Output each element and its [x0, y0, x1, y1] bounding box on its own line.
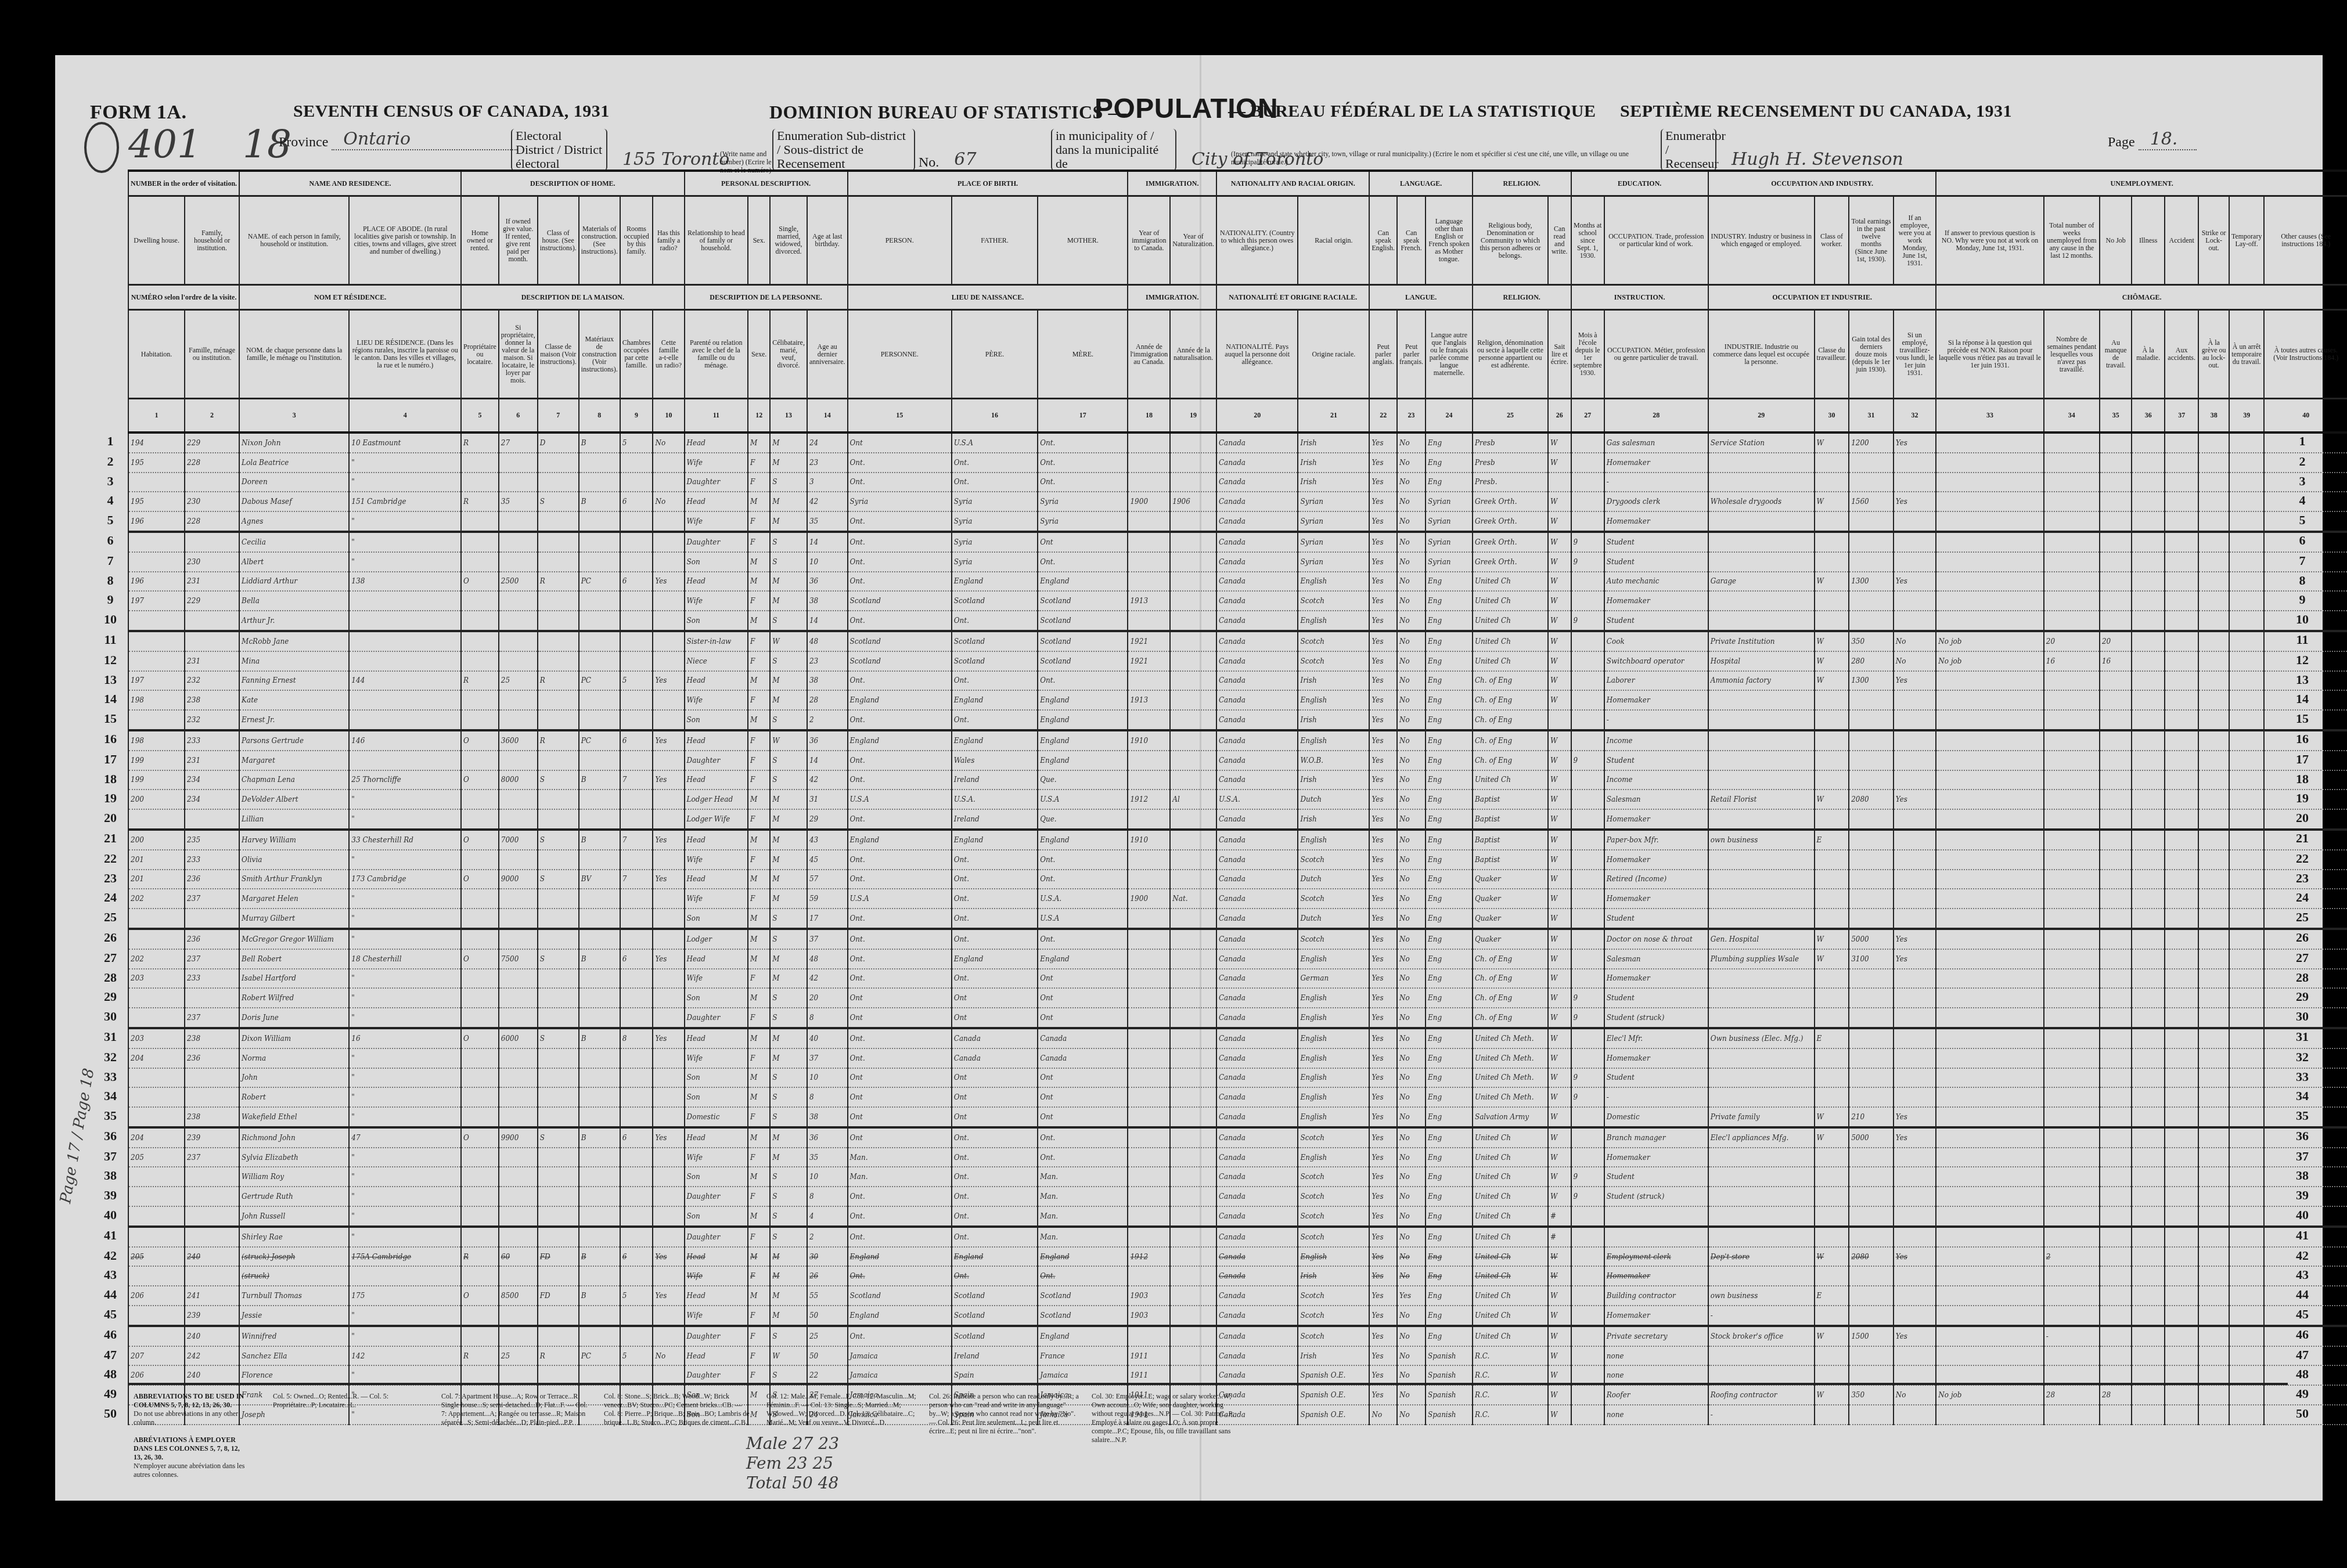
cell-rooms: 5 — [620, 1346, 653, 1366]
cell-nojob — [2100, 432, 2132, 453]
cell-lay — [2229, 671, 2264, 691]
cell-ill — [2132, 1127, 2164, 1148]
column-number: 33 — [1936, 399, 2043, 433]
cell-val — [499, 790, 538, 809]
cell-rooms — [620, 1206, 653, 1227]
line-number: 49 — [2291, 1386, 2314, 1401]
cell-own — [461, 909, 499, 929]
cell-bp: Ont. — [848, 671, 952, 691]
cell-d: 196 — [128, 572, 185, 592]
cell-imm — [1128, 770, 1170, 790]
cell-why — [1936, 1028, 2043, 1048]
cell-radio — [653, 591, 684, 611]
column-header-32: If an employee, were you at work Monday,… — [1894, 196, 1936, 285]
cell-race: English — [1298, 949, 1369, 969]
cell-eng: Yes — [1369, 1346, 1397, 1366]
cell-abode: " — [349, 473, 461, 492]
column-number: 29 — [1708, 399, 1815, 433]
cell-rel: Wife — [685, 1148, 748, 1167]
cell-bpf: U.S.A — [952, 432, 1038, 453]
cell-ind — [1708, 870, 1815, 889]
cell-relig: Ch. of Eng — [1473, 988, 1548, 1008]
cell-wks — [2044, 1107, 2100, 1127]
cell-strike — [2198, 909, 2229, 929]
cell-name: Doreen — [239, 473, 349, 492]
cell-nat: Canada — [1216, 572, 1298, 592]
cell-earn: 1560 — [1849, 492, 1894, 511]
cell-rooms — [620, 611, 653, 631]
cell-occ: Homemaker — [1604, 1048, 1708, 1068]
cell-abode: " — [349, 1167, 461, 1187]
cell-bpm: England — [1038, 1247, 1128, 1267]
cell-ms: M — [770, 790, 807, 809]
cell-bpm: Canada — [1038, 1048, 1128, 1068]
line-number: 21 — [2291, 831, 2314, 846]
cell-sex: F — [748, 1148, 770, 1167]
cell-ind — [1708, 1206, 1815, 1227]
cell-bp: Ont. — [848, 532, 952, 552]
cell-imm — [1128, 1167, 1170, 1187]
column-number: 19 — [1170, 399, 1216, 433]
cell-fr: No — [1397, 473, 1426, 492]
cell-why — [1936, 909, 2043, 929]
cell-fr: No — [1397, 611, 1426, 631]
cell-sex: F — [748, 1326, 770, 1346]
cell-ill — [2132, 949, 2164, 969]
cell-ms: M — [770, 1286, 807, 1306]
cell-relig: United Ch Meth. — [1473, 1068, 1548, 1088]
column-header-fr-40: À toutes autres causes. (Voir Instructio… — [2264, 310, 2347, 399]
cell-work — [1894, 473, 1936, 492]
cell-rw: W — [1548, 1068, 1571, 1088]
cell-occ: - — [1604, 473, 1708, 492]
cell-rw: W — [1548, 770, 1571, 790]
cell-nat_yr — [1170, 988, 1216, 1008]
column-header-37: Accident — [2165, 196, 2199, 285]
cell-bpm: Que. — [1038, 809, 1128, 830]
line-number: 9 — [99, 592, 122, 607]
cell-sex: M — [748, 1167, 770, 1187]
column-header-fr-31: Gain total des derniers douze mois (depu… — [1849, 310, 1894, 399]
column-header-17: MOTHER. — [1038, 196, 1128, 285]
cell-acc — [2165, 1127, 2199, 1148]
cell-earn — [1849, 809, 1894, 830]
cell-cls — [538, 651, 579, 671]
cell-d: 197 — [128, 671, 185, 691]
cell-nat_yr — [1170, 1087, 1216, 1107]
cell-rw: # — [1548, 1227, 1571, 1247]
cell-rw: W — [1548, 909, 1571, 929]
cell-wks — [2044, 432, 2100, 453]
cell-race: W.O.B. — [1298, 751, 1369, 770]
cell-name: Norma — [239, 1048, 349, 1068]
cell-d: 204 — [128, 1127, 185, 1148]
census-row: 200235Harvey William33 Chesterhill RdO70… — [128, 830, 2347, 850]
cell-occ: Homemaker — [1604, 889, 1708, 909]
cell-nat_yr — [1170, 651, 1216, 671]
census-row: Lillian"Lodger WifeFM29Ont.IrelandQue.Ca… — [128, 809, 2347, 830]
cell-ms: M — [770, 591, 807, 611]
cell-age: 17 — [807, 909, 848, 929]
cell-nat: Canada — [1216, 988, 1298, 1008]
column-header-7: Class of house. (See instructions). — [538, 196, 579, 285]
cell-own — [461, 751, 499, 770]
census-row: Cecilia"DaughterFS14Ont.SyriaOntCanadaSy… — [128, 532, 2347, 552]
line-number: 3 — [99, 474, 122, 489]
cell-sch — [1571, 1326, 1604, 1346]
cell-bpf: Syria — [952, 532, 1038, 552]
cell-ill — [2132, 929, 2164, 949]
cell-bpm: England — [1038, 690, 1128, 710]
cell-occ: - — [1604, 710, 1708, 730]
cell-occ: Student — [1604, 611, 1708, 631]
cell-occ: Income — [1604, 770, 1708, 790]
census-row: 236McGregor Gregor William"LodgerMS37Ont… — [128, 929, 2347, 949]
cell-rw: W — [1548, 809, 1571, 830]
cell-age: 38 — [807, 1107, 848, 1127]
cell-own: R — [461, 671, 499, 691]
column-group-en: UNEMPLOYMENT. — [1936, 171, 2347, 196]
cell-nojob — [2100, 1306, 2132, 1326]
cell-rw: W — [1548, 1048, 1571, 1068]
cell-nat: Canada — [1216, 1306, 1298, 1326]
cell-nojob — [2100, 1326, 2132, 1346]
cell-acc — [2165, 730, 2199, 751]
cell-d — [128, 611, 185, 631]
cell-nat_yr — [1170, 453, 1216, 473]
cell-val: 25 — [499, 671, 538, 691]
cell-rel: Sister-in-law — [685, 631, 748, 651]
cell-name: Sylvia Elizabeth — [239, 1148, 349, 1167]
cell-val — [499, 1206, 538, 1227]
cell-eng: Yes — [1369, 850, 1397, 870]
cell-relig: Presb — [1473, 432, 1548, 453]
cell-bp: Ont. — [848, 511, 952, 532]
cell-cw — [1815, 532, 1849, 552]
cell-fr: No — [1397, 651, 1426, 671]
cell-rw: W — [1548, 432, 1571, 453]
line-number: 5 — [99, 513, 122, 528]
cell-sch — [1571, 690, 1604, 710]
cell-d: 194 — [128, 432, 185, 453]
cell-nat: Canada — [1216, 1266, 1298, 1286]
cell-relig: Quaker — [1473, 870, 1548, 889]
cell-nat: Canada — [1216, 1087, 1298, 1107]
cell-lang: Eng — [1426, 1306, 1473, 1326]
line-number: 48 — [2291, 1367, 2314, 1382]
cell-age: 55 — [807, 1286, 848, 1306]
cell-work — [1894, 969, 1936, 989]
cell-nat: Canada — [1216, 1206, 1298, 1227]
cell-radio: Yes — [653, 1247, 684, 1267]
cell-sch: 9 — [1571, 1008, 1604, 1028]
cell-acc — [2165, 1148, 2199, 1167]
cell-rw: W — [1548, 532, 1571, 552]
cell-bp: England — [848, 690, 952, 710]
cell-eng: Yes — [1369, 1266, 1397, 1286]
cell-fr: No — [1397, 909, 1426, 929]
cell-sch — [1571, 790, 1604, 809]
cell-d — [128, 1206, 185, 1227]
cell-ill — [2132, 432, 2164, 453]
cell-wks — [2044, 770, 2100, 790]
cell-bpf: Ireland — [952, 809, 1038, 830]
cell-name: Dabous Masef — [239, 492, 349, 511]
cell-why — [1936, 1206, 2043, 1227]
cell-lay — [2229, 473, 2264, 492]
cell-sex: M — [748, 870, 770, 889]
cell-strike — [2198, 1286, 2229, 1306]
cell-cls — [538, 790, 579, 809]
column-group-en: OCCUPATION AND INDUSTRY. — [1708, 171, 1936, 196]
cell-bpf: Ont. — [952, 611, 1038, 631]
cell-earn — [1849, 552, 1894, 572]
census-row: 194229Nixon John10 EastmountR27DB5NoHead… — [128, 432, 2347, 453]
tally-line: Total 50 48 — [746, 1473, 839, 1493]
cell-nat_yr — [1170, 591, 1216, 611]
cell-own — [461, 889, 499, 909]
cell-fr: No — [1397, 988, 1426, 1008]
cell-lang: Eng — [1426, 730, 1473, 751]
cell-radio: Yes — [653, 870, 684, 889]
cell-occ: Employment clerk — [1604, 1247, 1708, 1267]
cell-imm — [1128, 909, 1170, 929]
cell-why — [1936, 432, 2043, 453]
column-header-40: Other causes (See instructions 184.) — [2264, 196, 2347, 285]
cell-rooms — [620, 1227, 653, 1247]
cell-eng: Yes — [1369, 611, 1397, 631]
cell-ind — [1708, 1068, 1815, 1088]
cell-own — [461, 969, 499, 989]
census-row: Arthur Jr.SonMS14Ont.Ont.ScotlandCanadaE… — [128, 611, 2347, 631]
cell-relig: R.C. — [1473, 1346, 1548, 1366]
cell-abode: 47 — [349, 1127, 461, 1148]
cell-ms: M — [770, 1148, 807, 1167]
cell-bp: Ont — [848, 1107, 952, 1127]
cell-relig: United Ch — [1473, 631, 1548, 651]
cell-cw — [1815, 1227, 1849, 1247]
cell-nojob — [2100, 453, 2132, 473]
cell-radio — [653, 1148, 684, 1167]
cell-name: Bell Robert — [239, 949, 349, 969]
cell-radio — [653, 751, 684, 770]
cell-why — [1936, 850, 2043, 870]
cell-ill — [2132, 671, 2164, 691]
cell-work — [1894, 1346, 1936, 1366]
cell-work — [1894, 552, 1936, 572]
line-number: 33 — [99, 1069, 122, 1084]
line-number: 11 — [2291, 632, 2314, 647]
line-number: 14 — [2291, 691, 2314, 706]
column-number: 35 — [2100, 399, 2132, 433]
cell-lang: Eng — [1426, 751, 1473, 770]
cell-eng: Yes — [1369, 929, 1397, 949]
cell-bpf: Ont. — [952, 710, 1038, 730]
cell-rel: Wife — [685, 889, 748, 909]
cell-imm: 1913 — [1128, 690, 1170, 710]
cell-nat_yr — [1170, 1127, 1216, 1148]
cell-bpm: England — [1038, 730, 1128, 751]
cell-bpm: England — [1038, 830, 1128, 850]
cell-acc — [2165, 1286, 2199, 1306]
cell-ms: S — [770, 710, 807, 730]
cell-strike — [2198, 889, 2229, 909]
cell-val: 60 — [499, 1247, 538, 1267]
cell-d — [128, 929, 185, 949]
cell-d: 199 — [128, 770, 185, 790]
cell-relig: Ch. of Eng — [1473, 949, 1548, 969]
cell-bp: Ont. — [848, 1266, 952, 1286]
cell-cls — [538, 591, 579, 611]
cell-sch: 9 — [1571, 1087, 1604, 1107]
cell-nat: Canada — [1216, 1107, 1298, 1127]
cell-bpm: Ont — [1038, 988, 1128, 1008]
cell-bpm: Ont — [1038, 1008, 1128, 1028]
line-number: 26 — [2291, 930, 2314, 945]
cell-own — [461, 1266, 499, 1286]
column-group-en: PERSONAL DESCRIPTION. — [685, 171, 848, 196]
cell-ind: Garage — [1708, 572, 1815, 592]
cell-radio: Yes — [653, 671, 684, 691]
cell-acc — [2165, 889, 2199, 909]
cell-name: Smith Arthur Franklyn — [239, 870, 349, 889]
cell-strike — [2198, 1028, 2229, 1048]
cell-rel: Head — [685, 870, 748, 889]
cell-bpf: Canada — [952, 1028, 1038, 1048]
cell-wks — [2044, 473, 2100, 492]
cell-cls: R — [538, 730, 579, 751]
cell-sch: 9 — [1571, 611, 1604, 631]
census-row: Gertrude Ruth"DaughterFS8Ont.Ont.Man.Can… — [128, 1187, 2347, 1206]
cell-work: Yes — [1894, 1326, 1936, 1346]
cell-rel: Daughter — [685, 473, 748, 492]
cell-radio — [653, 1306, 684, 1326]
line-number: 9 — [2291, 592, 2314, 607]
cell-name: Arthur Jr. — [239, 611, 349, 631]
cell-work — [1894, 730, 1936, 751]
cell-bp: Ont. — [848, 1028, 952, 1048]
cell-mat: B — [579, 1127, 620, 1148]
cell-f: 237 — [185, 1148, 239, 1167]
cell-d — [128, 1227, 185, 1247]
cell-mat: PC — [579, 1346, 620, 1366]
cell-abode: " — [349, 453, 461, 473]
cell-sch — [1571, 870, 1604, 889]
cell-cls: S — [538, 870, 579, 889]
census-row: 204239Richmond John47O9900SB6YesHeadMM36… — [128, 1127, 2347, 1148]
cell-rooms — [620, 511, 653, 532]
cell-cls: FD — [538, 1286, 579, 1306]
cell-relig: Greek Orth. — [1473, 532, 1548, 552]
column-number: 39 — [2229, 399, 2264, 433]
cell-f — [185, 532, 239, 552]
cell-eng: Yes — [1369, 1306, 1397, 1326]
cell-own — [461, 511, 499, 532]
cell-strike — [2198, 1326, 2229, 1346]
cell-radio — [653, 969, 684, 989]
cell-lay — [2229, 532, 2264, 552]
cell-d — [128, 1008, 185, 1028]
cell-ill — [2132, 532, 2164, 552]
line-number: 25 — [2291, 910, 2314, 925]
cell-occ: Cook — [1604, 631, 1708, 651]
cell-eng: Yes — [1369, 909, 1397, 929]
cell-own — [461, 552, 499, 572]
cell-age: 10 — [807, 1167, 848, 1187]
cell-ind — [1708, 473, 1815, 492]
cell-cw: E — [1815, 1286, 1849, 1306]
cell-rel: Lodger — [685, 929, 748, 949]
cell-wks — [2044, 710, 2100, 730]
census-row: 203233Isabel Hartford"WifeFM42Ont.Ont.On… — [128, 969, 2347, 989]
cell-wks — [2044, 671, 2100, 691]
cell-radio — [653, 1008, 684, 1028]
cell-fr: No — [1397, 432, 1426, 453]
cell-bpf: Ont. — [952, 929, 1038, 949]
cell-own — [461, 1068, 499, 1088]
column-header-fr-16: PÈRE. — [952, 310, 1038, 399]
cell-occ: Student — [1604, 909, 1708, 929]
cell-acc — [2165, 929, 2199, 949]
cell-f: 231 — [185, 651, 239, 671]
cell-occ: Retired (Income) — [1604, 870, 1708, 889]
cell-lay — [2229, 1028, 2264, 1048]
cell-strike — [2198, 1167, 2229, 1187]
cell-rooms — [620, 790, 653, 809]
cell-abode: 10 Eastmount — [349, 432, 461, 453]
cell-bp: Ont. — [848, 949, 952, 969]
cell-sex: M — [748, 1247, 770, 1267]
census-row: 201233Olivia"WifeFM45Ont.Ont.Ont.CanadaS… — [128, 850, 2347, 870]
cell-ms: M — [770, 850, 807, 870]
cell-occ: Branch manager — [1604, 1127, 1708, 1148]
cell-rw: W — [1548, 1286, 1571, 1306]
cell-cls — [538, 1306, 579, 1326]
cell-rw: W — [1548, 1346, 1571, 1366]
census-row: William Roy"SonMS10Man.Ont.Man.CanadaSco… — [128, 1167, 2347, 1187]
cell-age: 28 — [807, 690, 848, 710]
cell-rw: W — [1548, 988, 1571, 1008]
cell-abode: 142 — [349, 1346, 461, 1366]
cell-race: English — [1298, 730, 1369, 751]
cell-bpf: Ont. — [952, 909, 1038, 929]
cell-age: 3 — [807, 473, 848, 492]
cell-ill — [2132, 552, 2164, 572]
cell-lay — [2229, 552, 2264, 572]
cell-fr: No — [1397, 591, 1426, 611]
cell-abode: 151 Cambridge — [349, 492, 461, 511]
cell-eng: Yes — [1369, 1107, 1397, 1127]
cell-abode: " — [349, 850, 461, 870]
cell-occ: Homemaker — [1604, 969, 1708, 989]
cell-nat: Canada — [1216, 929, 1298, 949]
cell-imm: 1921 — [1128, 631, 1170, 651]
cell-rooms — [620, 1048, 653, 1068]
cell-sex: F — [748, 690, 770, 710]
cell-f: 239 — [185, 1306, 239, 1326]
cell-mat: BV — [579, 870, 620, 889]
cell-name: Fanning Ernest — [239, 671, 349, 691]
cell-sch — [1571, 1028, 1604, 1048]
cell-mat — [579, 651, 620, 671]
cell-earn — [1849, 1048, 1894, 1068]
cell-why — [1936, 969, 2043, 989]
cell-rw: W — [1548, 552, 1571, 572]
cell-bpf: Scotland — [952, 1306, 1038, 1326]
line-number: 29 — [99, 989, 122, 1004]
line-number: 7 — [2291, 553, 2314, 568]
cell-lay — [2229, 710, 2264, 730]
